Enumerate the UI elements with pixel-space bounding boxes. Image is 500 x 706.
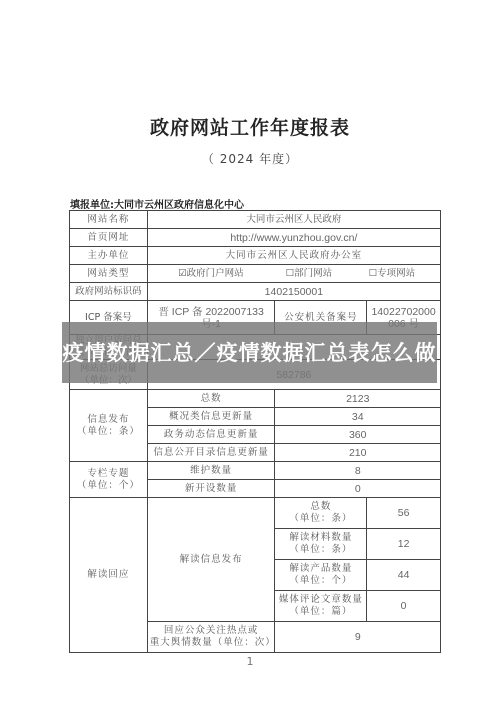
site-name-label: 网站名称 xyxy=(70,211,148,229)
table-row: 网站名称 大同市云州区人民政府 xyxy=(70,211,441,229)
interp-total-label: 总数 （单位：条） xyxy=(275,498,367,529)
table-row: 首页网址 http://www.yunzhou.gov.cn/ xyxy=(70,229,441,247)
disclosure-update-label: 信息公开目录信息更新量 xyxy=(147,444,275,462)
site-name-value: 大同市云州区人民政府 xyxy=(147,211,440,229)
media-article-label-line1: 媒体评论文章数量 xyxy=(277,594,364,606)
maintained-count-label: 维护数量 xyxy=(147,462,275,480)
interp-material-value: 12 xyxy=(367,529,441,560)
interpretation-publish-label: 解读信息发布 xyxy=(147,498,275,622)
disclosure-update-value: 210 xyxy=(275,444,441,462)
interp-product-label-line2: （单位：个） xyxy=(277,575,364,587)
homepage-label: 首页网址 xyxy=(70,229,148,247)
interp-total-label-line2: （单位：条） xyxy=(277,513,364,525)
table-row: 信息发布 （单位：条） 总数 2123 xyxy=(70,390,441,408)
response-value: 9 xyxy=(275,622,441,653)
interp-material-label-line2: （单位：条） xyxy=(277,544,364,556)
interp-material-label-line1: 解读材料数量 xyxy=(277,532,364,544)
checkbox-department: ☐部门网站 xyxy=(269,268,349,280)
columns-label-line2: （单位：个） xyxy=(72,480,145,492)
info-publish-label: 信息发布 （单位：条） xyxy=(70,390,148,462)
gov-news-update-label: 政务动态信息更新量 xyxy=(147,426,275,444)
new-count-label: 新开设数量 xyxy=(147,480,275,498)
interpretation-label: 解读回应 xyxy=(70,498,148,653)
info-publish-label-line2: （单位：条） xyxy=(72,426,145,438)
report-table: 网站名称 大同市云州区人民政府 首页网址 http://www.yunzhou.… xyxy=(69,210,441,653)
maintained-count-value: 8 xyxy=(275,462,441,480)
interp-total-value: 56 xyxy=(367,498,441,529)
info-total-label: 总数 xyxy=(147,390,275,408)
report-year: （ 2024 年度） xyxy=(0,150,500,167)
title-overlay-banner: 疫情数据汇总／疫情数据汇总表怎么做 xyxy=(62,322,437,383)
columns-label-line1: 专栏专题 xyxy=(72,468,145,480)
site-code-value: 1402150001 xyxy=(147,283,440,301)
table-row: 主办单位 大同市云州区人民政府办公室 xyxy=(70,247,441,265)
sponsor-value: 大同市云州区人民政府办公室 xyxy=(147,247,440,265)
overlay-text: 疫情数据汇总／疫情数据汇总表怎么做 xyxy=(63,341,437,365)
checkbox-special: ☐专项网站 xyxy=(352,268,432,280)
overview-update-value: 34 xyxy=(275,408,441,426)
table-row: 政府网站标识码 1402150001 xyxy=(70,283,441,301)
info-total-value: 2123 xyxy=(275,390,441,408)
response-label: 回应公众关注热点或 重大舆情数量（单位：次） xyxy=(147,622,275,653)
site-type-label: 网站类型 xyxy=(70,265,148,283)
response-label-line2: 重大舆情数量（单位：次） xyxy=(150,637,273,649)
sponsor-label: 主办单位 xyxy=(70,247,148,265)
new-count-value: 0 xyxy=(275,480,441,498)
media-article-label-line2: （单位：篇） xyxy=(277,606,364,618)
media-article-value: 0 xyxy=(367,591,441,622)
homepage-value: http://www.yunzhou.gov.cn/ xyxy=(147,229,440,247)
page-number: 1 xyxy=(0,655,500,668)
interp-product-value: 44 xyxy=(367,560,441,591)
interp-product-label: 解读产品数量 （单位：个） xyxy=(275,560,367,591)
overview-update-label: 概况类信息更新量 xyxy=(147,408,275,426)
gov-news-update-value: 360 xyxy=(275,426,441,444)
site-type-options: ☑政府门户网站 ☐部门网站 ☐专项网站 xyxy=(147,265,440,283)
info-publish-label-line1: 信息发布 xyxy=(72,414,145,426)
response-label-line1: 回应公众关注热点或 xyxy=(150,625,273,637)
table-row: 网站类型 ☑政府门户网站 ☐部门网站 ☐专项网站 xyxy=(70,265,441,283)
interp-product-label-line1: 解读产品数量 xyxy=(277,563,364,575)
columns-label: 专栏专题 （单位：个） xyxy=(70,462,148,498)
report-title: 政府网站工作年度报表 xyxy=(0,113,500,140)
interp-material-label: 解读材料数量 （单位：条） xyxy=(275,529,367,560)
reporting-unit: 填报单位:大同市云州区政府信息化中心 xyxy=(70,196,244,211)
table-row: 解读回应 解读信息发布 总数 （单位：条） 56 xyxy=(70,498,441,529)
site-code-label: 政府网站标识码 xyxy=(70,283,148,301)
checkbox-portal: ☑政府门户网站 xyxy=(156,268,266,280)
interp-total-label-line1: 总数 xyxy=(277,501,364,513)
media-article-label: 媒体评论文章数量 （单位：篇） xyxy=(275,591,367,622)
table-row: 专栏专题 （单位：个） 维护数量 8 xyxy=(70,462,441,480)
